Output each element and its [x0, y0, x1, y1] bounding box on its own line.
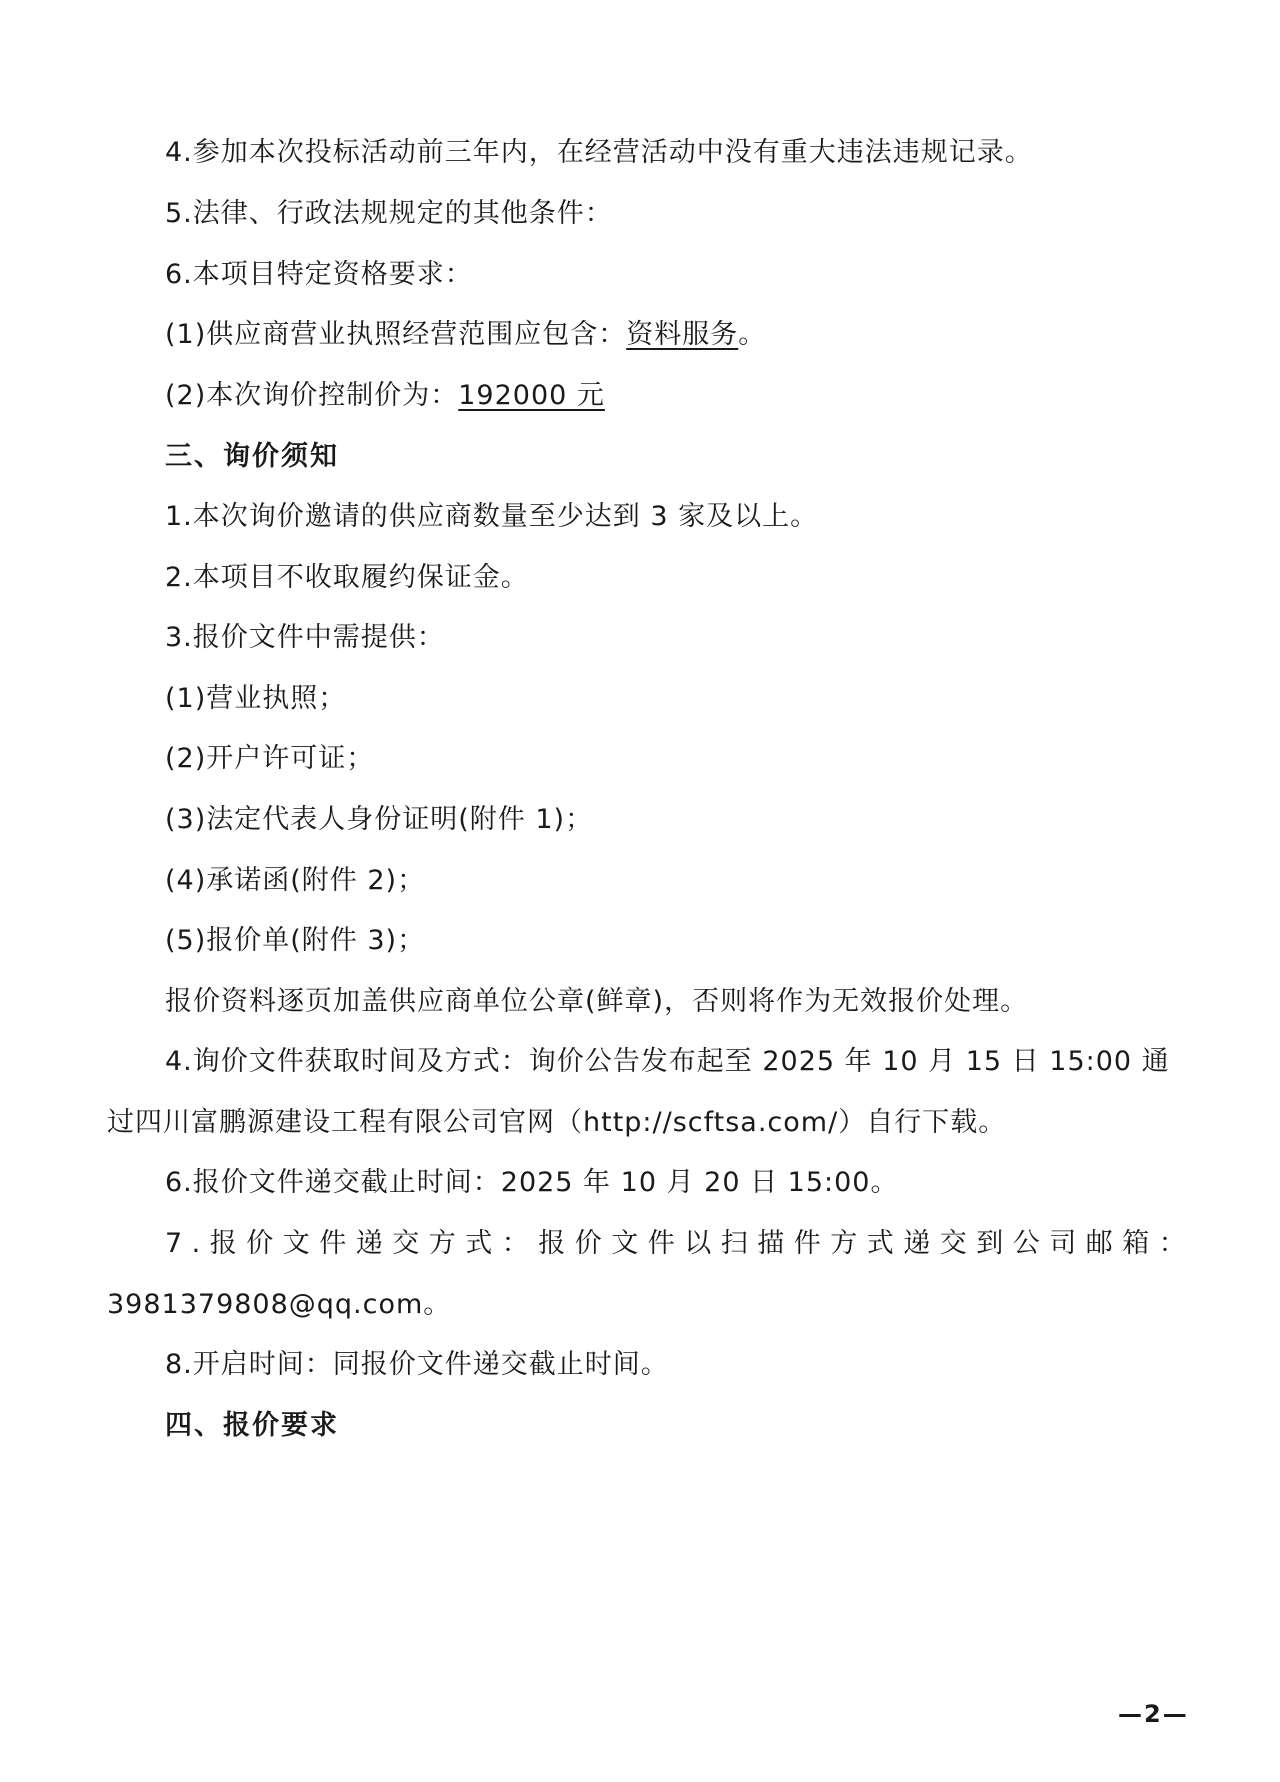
notice-item-7-line1: 7.报价文件递交方式：报价文件以扫描件方式递交到公司邮箱： [165, 1227, 1195, 1261]
notice-item-6: 6.报价文件递交截止时间：2025 年 10 月 20 日 15:00。 [165, 1166, 899, 1200]
document-page: 4.参加本次投标活动前三年内，在经营活动中没有重大违法违规记录。 5.法律、行政… [0, 0, 1280, 1782]
notice-item-2: 2.本项目不收取履约保证金。 [165, 561, 529, 595]
required-doc-3: (3)法定代表人身份证明(附件 1)； [165, 803, 593, 837]
requirement-1-prefix: (1)供应商营业执照经营范围应包含： [165, 319, 626, 350]
qualification-item-5: 5.法律、行政法规规定的其他条件： [165, 197, 613, 231]
notice-item-1: 1.本次询价邀请的供应商数量至少达到 3 家及以上。 [165, 500, 818, 534]
section-heading-inquiry-notice: 三、询价须知 [165, 440, 339, 474]
notice-item-8: 8.开启时间：同报价文件递交截止时间。 [165, 1348, 669, 1382]
notice-item-3: 3.报价文件中需提供： [165, 621, 445, 655]
specific-requirement-1: (1)供应商营业执照经营范围应包含：资料服务。 [165, 318, 766, 352]
notice-item-4-line1: 4.询价文件获取时间及方式：询价公告发布起至 2025 年 10 月 15 日 … [165, 1045, 1170, 1079]
seal-requirement-note: 报价资料逐页加盖供应商单位公章(鲜章)，否则将作为无效报价处理。 [165, 985, 1028, 1019]
page-number: —2— [1118, 1700, 1189, 1728]
requirement-1-suffix: 。 [738, 319, 766, 350]
specific-requirement-2: (2)本次询价控制价为：192000 元 [165, 379, 605, 413]
qualification-item-4: 4.参加本次投标活动前三年内，在经营活动中没有重大违法违规记录。 [165, 136, 1033, 170]
required-doc-5: (5)报价单(附件 3)； [165, 924, 425, 958]
required-doc-4: (4)承诺函(附件 2)； [165, 864, 425, 898]
required-doc-1: (1)营业执照； [165, 682, 346, 716]
business-scope-value: 资料服务 [626, 319, 738, 350]
section-heading-quote-requirements: 四、报价要求 [165, 1409, 339, 1443]
control-price-value: 192000 元 [458, 380, 605, 411]
requirement-2-prefix: (2)本次询价控制价为： [165, 380, 458, 411]
required-doc-2: (2)开户许可证； [165, 742, 374, 776]
notice-item-4-line2: 过四川富鹏源建设工程有限公司官网（http://scftsa.com/）自行下载… [107, 1106, 1006, 1140]
qualification-item-6: 6.本项目特定资格要求： [165, 258, 473, 292]
notice-item-7-email: 3981379808@qq.com。 [107, 1288, 451, 1322]
